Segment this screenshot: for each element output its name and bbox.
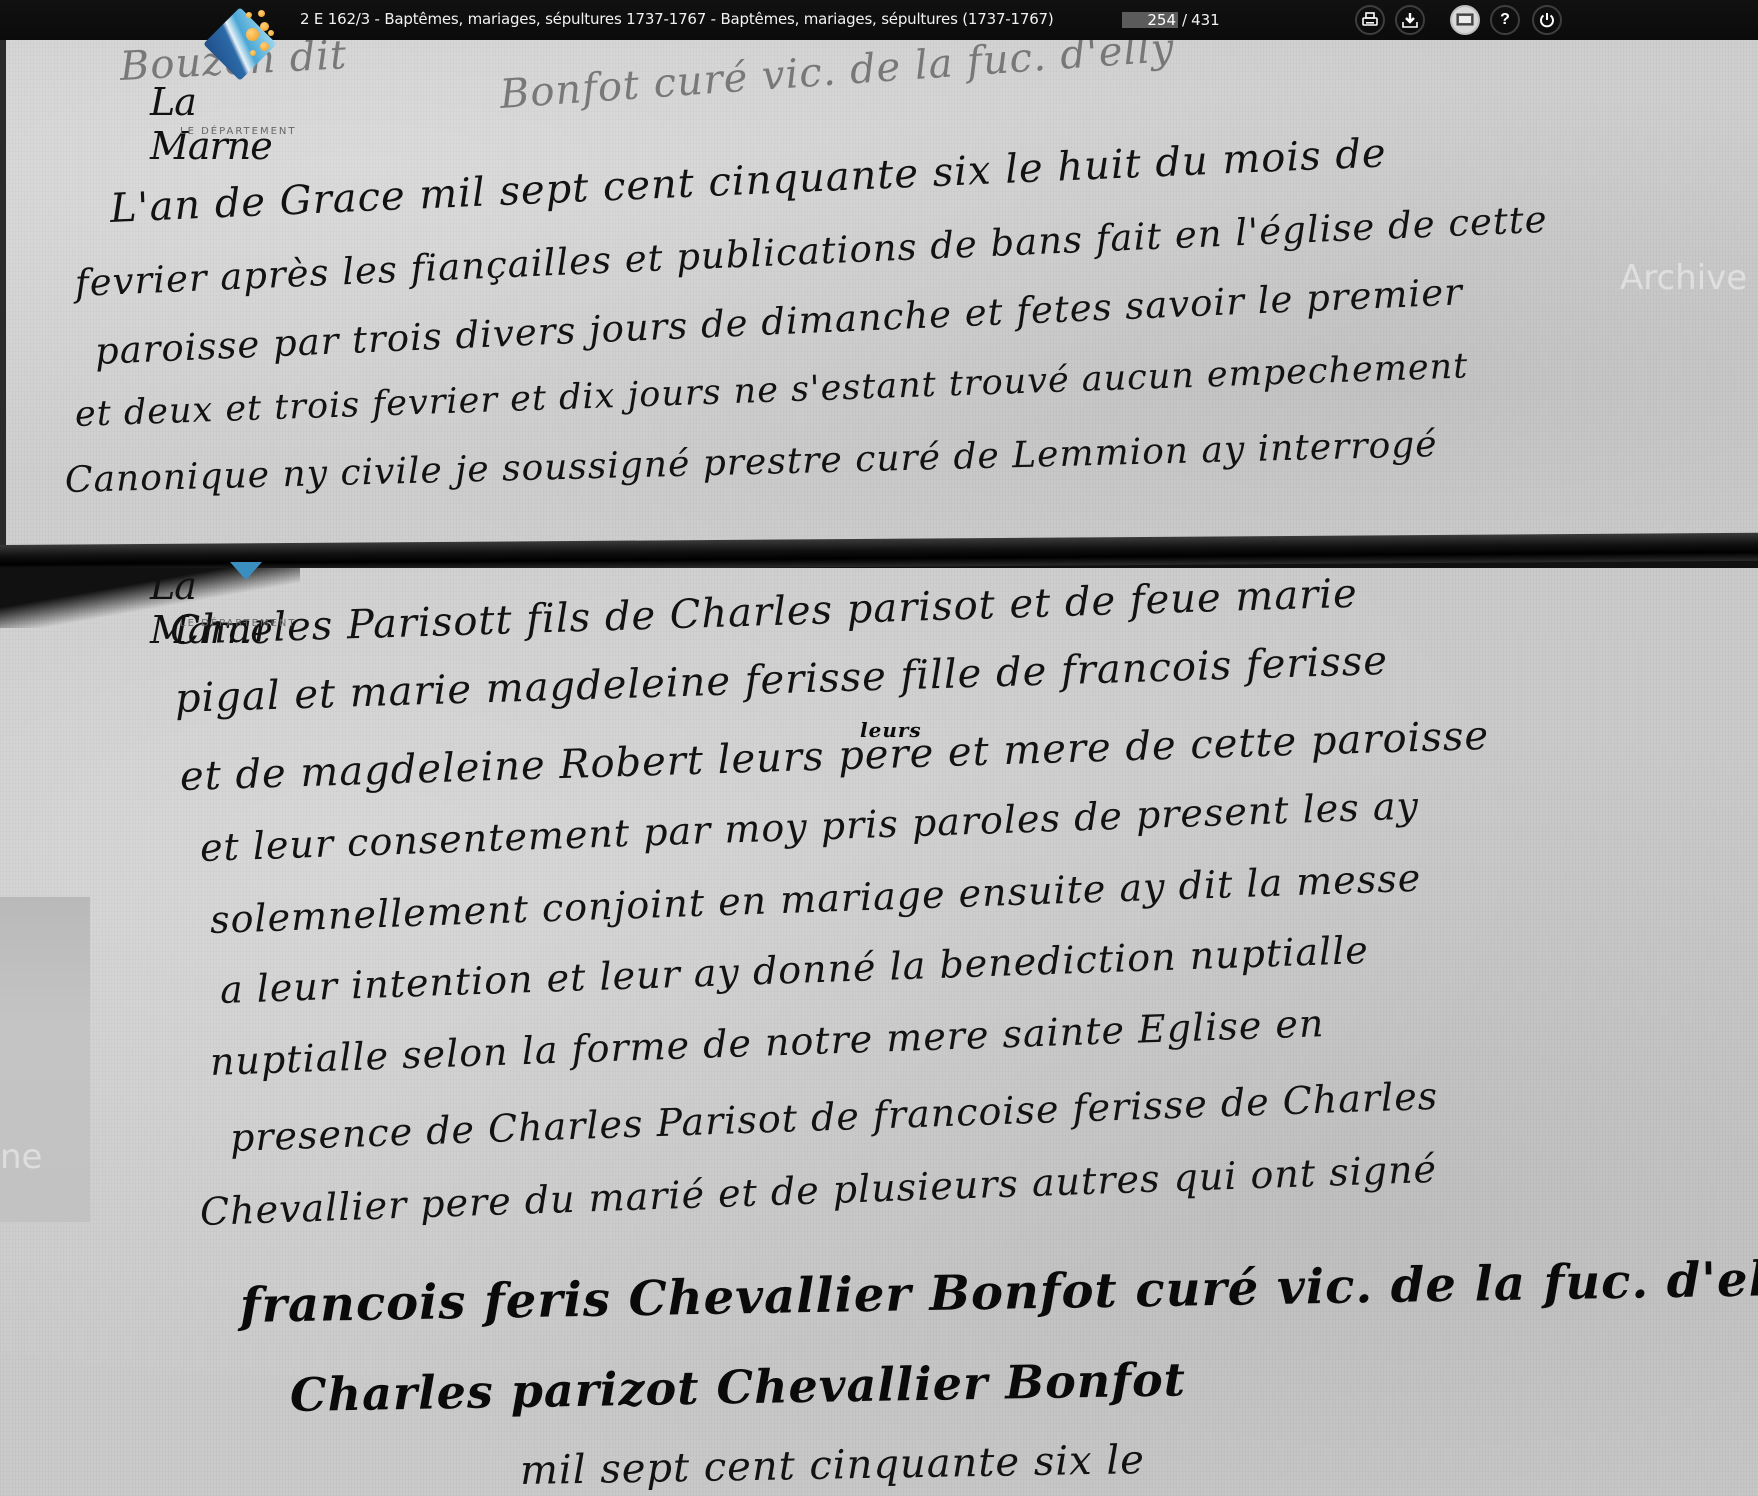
handwriting-line: mil sept cent cinquante six le bbox=[520, 1437, 1146, 1494]
handwriting-line: presence de Charles Parisot de francoise… bbox=[229, 1074, 1439, 1160]
display-mode-button[interactable] bbox=[1450, 5, 1480, 35]
department-logo: La Marne LE DÉPARTEMENT bbox=[150, 10, 320, 140]
logo-subtitle: LE DÉPARTEMENT bbox=[180, 126, 297, 137]
document-title: 2 E 162/3 - Baptêmes, mariages, sépultur… bbox=[300, 10, 1054, 28]
document-viewer[interactable]: Bouzon dit Bonfot curé vic. de la fuc. d… bbox=[0, 0, 1758, 1496]
printer-icon bbox=[1361, 11, 1379, 29]
download-button[interactable] bbox=[1395, 5, 1425, 35]
signature-line: Charles parizot Chevallier Bonfot bbox=[290, 1352, 1187, 1422]
department-logo-watermark: La Marne LE DÉPARTEMENT bbox=[150, 568, 320, 698]
power-icon bbox=[1538, 11, 1556, 29]
handwriting-line: Canonique ny civile je soussigné prestre… bbox=[64, 424, 1438, 501]
handwriting-line: nuptialle selon la forme de notre mere s… bbox=[209, 1001, 1325, 1084]
handwriting-line: Chevallier pere du marié et de plusieurs… bbox=[199, 1147, 1437, 1234]
page-separator: / bbox=[1182, 11, 1187, 29]
watermark-text: Archive bbox=[1620, 258, 1747, 298]
overlay-panel: ne bbox=[0, 897, 90, 1222]
page-navigator: / 431 bbox=[1122, 11, 1220, 29]
handwriting-line: Charles Parisott fils de Charles parisot… bbox=[169, 571, 1358, 654]
help-button[interactable]: ? bbox=[1490, 5, 1520, 35]
logout-button[interactable] bbox=[1532, 5, 1562, 35]
handwriting-line: a leur intention et leur ay donné la ben… bbox=[219, 928, 1369, 1012]
monitor-icon bbox=[1456, 12, 1474, 28]
page-total: 431 bbox=[1191, 11, 1220, 29]
scan-tile-lower: Charles Parisott fils de Charles parisot… bbox=[0, 568, 1758, 1496]
handwriting-line: pigal et marie magdeleine ferisse fille … bbox=[174, 638, 1388, 722]
download-icon bbox=[1401, 11, 1419, 29]
help-icon: ? bbox=[1500, 11, 1510, 29]
watermark-text: ne bbox=[0, 1137, 42, 1177]
page-number-input[interactable] bbox=[1122, 12, 1178, 28]
handwriting-line: et leur consentement par moy pris parole… bbox=[199, 783, 1419, 870]
print-button[interactable] bbox=[1355, 5, 1385, 35]
handwriting-line: solemnellement conjoint en mariage ensui… bbox=[209, 856, 1422, 942]
logo-wordmark: La Marne bbox=[150, 80, 320, 168]
signature-line: francois feris Chevallier Bonfot curé vi… bbox=[240, 1250, 1758, 1333]
